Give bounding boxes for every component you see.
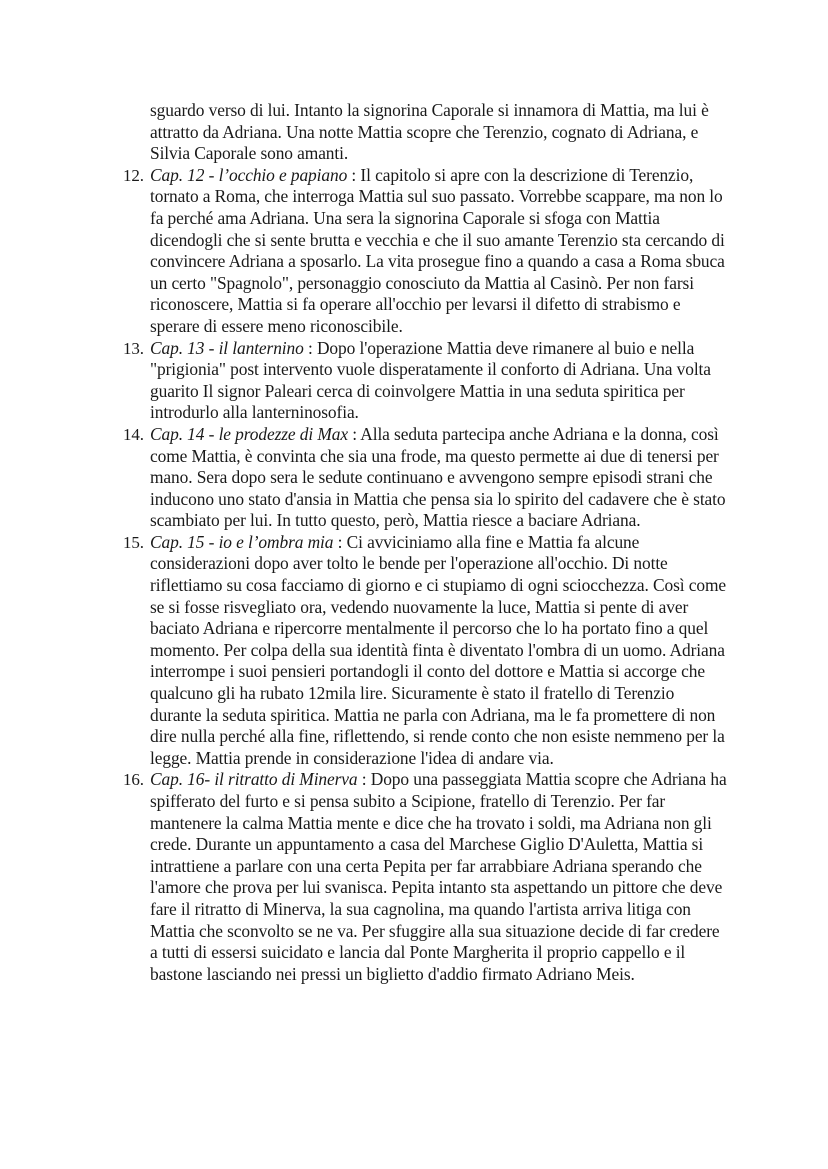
chapter-item-12: 12. Cap. 12 - l’occhio e papiano : Il ca… (150, 165, 728, 338)
chapter-item-13: 13. Cap. 13 - il lanternino : Dopo l'ope… (150, 338, 728, 424)
chapter-title: Cap. 13 - il lanternino (150, 338, 304, 358)
chapter-item-15: 15. Cap. 15 - io e l’ombra mia : Ci avvi… (150, 532, 728, 770)
list-number: 15. (123, 532, 144, 554)
chapter-title: Cap. 16- il ritratto di Minerva (150, 769, 358, 789)
title-separator: : (358, 769, 371, 789)
chapter-title: Cap. 14 - le prodezze di Max (150, 424, 348, 444)
chapter-title: Cap. 12 - l’occhio e papiano (150, 165, 347, 185)
title-separator: : (348, 424, 360, 444)
continuation-paragraph: sguardo verso di lui. Intanto la signori… (150, 100, 728, 165)
chapter-title: Cap. 15 - io e l’ombra mia (150, 532, 333, 552)
chapter-summary: Il capitolo si apre con la descrizione d… (150, 165, 725, 336)
list-number: 16. (123, 769, 144, 791)
chapter-item-16: 16. Cap. 16- il ritratto di Minerva : Do… (150, 769, 728, 985)
list-number: 12. (123, 165, 144, 187)
chapter-list: 12. Cap. 12 - l’occhio e papiano : Il ca… (150, 165, 728, 986)
list-number: 13. (123, 338, 144, 360)
chapter-summary: Ci avviciniamo alla fine e Mattia fa alc… (150, 532, 726, 768)
title-separator: : (347, 165, 360, 185)
chapter-summary: Dopo una passeggiata Mattia scopre che A… (150, 769, 727, 983)
list-number: 14. (123, 424, 144, 446)
title-separator: : (333, 532, 346, 552)
title-separator: : (304, 338, 317, 358)
document-page: sguardo verso di lui. Intanto la signori… (0, 0, 828, 1169)
chapter-item-14: 14. Cap. 14 - le prodezze di Max : Alla … (150, 424, 728, 532)
document-body: sguardo verso di lui. Intanto la signori… (150, 100, 728, 985)
